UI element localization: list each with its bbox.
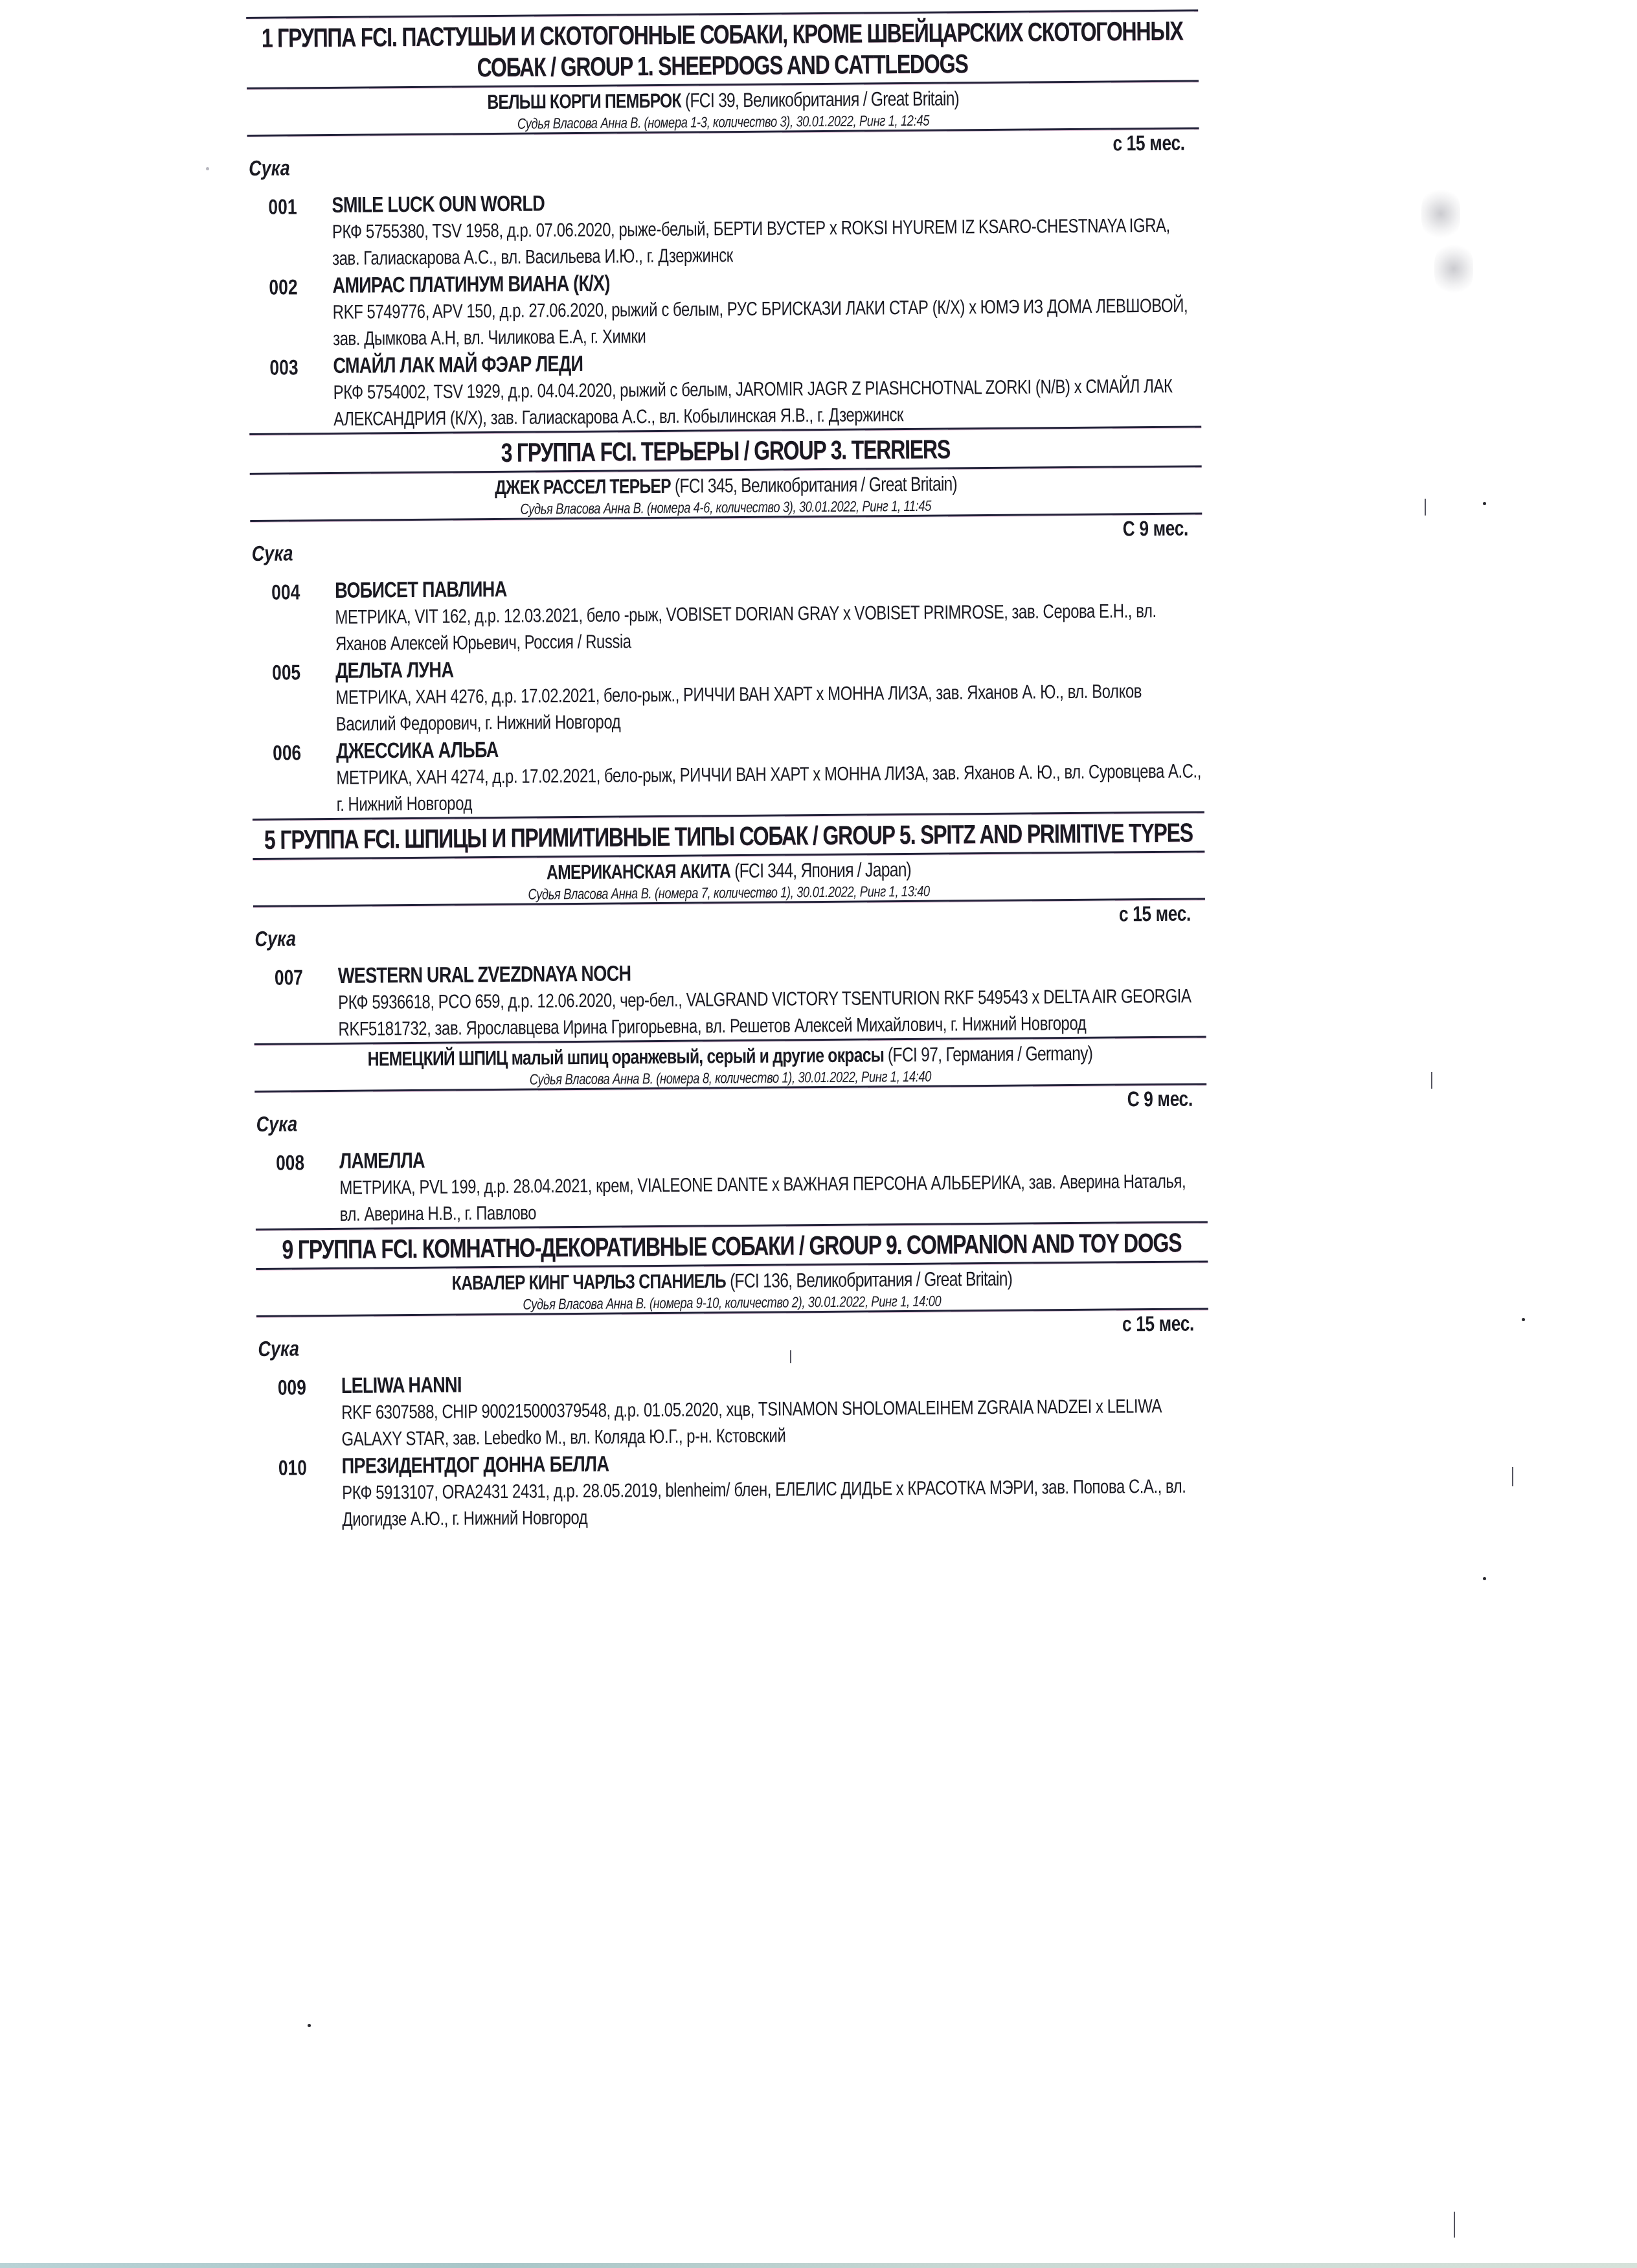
judge-info: Судья Власова Анна В. (номера 4-6, колич…: [521, 497, 932, 518]
judge-info: Судья Власова Анна В. (номера 8, количес…: [530, 1067, 932, 1089]
breed-header: ВЕЛЬШ КОРГИ ПЕМБРОК (FCI 39, Великобрита…: [247, 82, 1199, 135]
catalog-entry: 002 АМИРАС ПЛАТИНУМ ВИАНА (К/Х) RKF 5749…: [248, 265, 1201, 353]
breed-name: ДЖЕК РАССЕЛ ТЕРЬЕР: [495, 475, 671, 499]
catalog-entry: 007 WESTERN URAL ZVEZDNAYA NOCH РКФ 5936…: [254, 955, 1206, 1043]
scan-bottom-edge: [0, 2263, 1637, 2268]
entry-number: 007: [275, 964, 303, 991]
breed-block: КАВАЛЕР КИНГ ЧАРЛЬЗ СПАНИЕЛЬ (FCI 136, В…: [256, 1262, 1210, 1534]
entry-number: 008: [276, 1149, 304, 1176]
entry-number: 004: [271, 578, 300, 606]
breed-origin: (FCI 97, Германия / Germany): [888, 1042, 1092, 1066]
catalog-entry: 008 ЛАМЕЛЛА МЕТРИКА, PVL 199, д.р. 28.04…: [255, 1140, 1208, 1229]
scan-line-mark: [1512, 1467, 1513, 1486]
breed-header: АМЕРИКАНСКАЯ АКИТА (FCI 344, Япония / Ja…: [253, 852, 1205, 905]
age-class-label: с 15 мес.: [1113, 131, 1185, 156]
breed-name: КАВАЛЕР КИНГ ЧАРЛЬЗ СПАНИЕЛЬ: [452, 1269, 726, 1294]
group-title-text: 1 ГРУППА FCI. ПАСТУШЬИ И СКОТОГОННЫЕ СОБ…: [247, 15, 1197, 85]
entry-number: 010: [278, 1454, 307, 1481]
breed-header: КАВАЛЕР КИНГ ЧАРЛЬЗ СПАНИЕЛЬ (FCI 136, В…: [256, 1262, 1208, 1315]
catalog-page: 1 ГРУППА FCI. ПАСТУШЬИ И СКОТОГОННЫЕ СОБ…: [246, 0, 1210, 1534]
dog-details: МЕТРИКА, ХАН 4276, д.р. 17.02.2021, бело…: [335, 677, 1201, 737]
dog-name: SMILE LUCK OUN WORLD: [332, 190, 545, 219]
breed-origin: (FCI 344, Япония / Japan): [734, 858, 911, 882]
group-title-text: 5 ГРУППА FCI. ШПИЦЫ И ПРИМИТИВНЫЕ ТИПЫ С…: [253, 817, 1204, 856]
judge-info: Судья Власова Анна В. (номера 9-10, коли…: [523, 1292, 942, 1313]
sex-class-label: Сука: [254, 926, 296, 951]
scan-speck: [1483, 502, 1486, 505]
catalog-entry: 001 SMILE LUCK OUN WORLD РКФ 5755380, TS…: [247, 185, 1200, 273]
scan-speck: [1483, 1577, 1486, 1580]
scan-speck: [206, 167, 209, 170]
entry-number: 003: [269, 354, 298, 381]
dog-details: РКФ 5755380, TSV 1958, д.р. 07.06.2020, …: [332, 212, 1198, 271]
entries-list: 007 WESTERN URAL ZVEZDNAYA NOCH РКФ 5936…: [253, 936, 1206, 1043]
dog-name: LELIWA HANNI: [341, 1371, 462, 1399]
age-class-label: С 9 мес.: [1127, 1087, 1192, 1112]
dog-details: РКФ 5936618, PCO 659, д.р. 12.06.2020, ч…: [338, 982, 1204, 1042]
scan-speck: [1522, 1318, 1525, 1321]
catalog-entry: 006 ДЖЕССИКА АЛЬБА МЕТРИКА, ХАН 4274, д.…: [252, 731, 1204, 819]
dog-name: СМАЙЛ ЛАК МАЙ ФЭАР ЛЕДИ: [333, 350, 583, 380]
breed-heading: АМЕРИКАНСКАЯ АКИТА (FCI 344, Япония / Ja…: [547, 857, 911, 885]
entries-list: 004 ВОБИСЕТ ПАВЛИНА МЕТРИКА, VIT 162, д.…: [251, 550, 1204, 819]
class-row: с 15 мес. Сука: [256, 1310, 1208, 1354]
sex-class-label: Сука: [249, 155, 290, 180]
group-section: 5 ГРУППА FCI. ШПИЦЫ И ПРИМИТИВНЫЕ ТИПЫ С…: [253, 811, 1208, 1229]
breed-block: НЕМЕЦКИЙ ШПИЦ малый шпиц оранжевый, серы…: [254, 1038, 1208, 1229]
class-row: С 9 мес. Сука: [254, 1085, 1206, 1129]
catalog-entry: 009 LELIWA HANNI RKF 6307588, CHIP 90021…: [257, 1365, 1210, 1453]
breed-heading: ДЖЕК РАССЕЛ ТЕРЬЕР (FCI 345, Великобрита…: [495, 471, 957, 500]
breed-heading: ВЕЛЬШ КОРГИ ПЕМБРОК (FCI 39, Великобрита…: [487, 86, 959, 115]
group-section: 9 ГРУППА FCI. КОМНАТНО-ДЕКОРАТИВНЫЕ СОБА…: [256, 1221, 1210, 1534]
class-row: С 9 мес. Сука: [250, 514, 1202, 558]
scan-smudge: [1421, 188, 1460, 240]
group-section: 3 ГРУППА FCI. ТЕРЬЕРЫ / GROUP 3. TERRIER…: [249, 425, 1204, 819]
dog-details: РКФ 5913107, ORA2431 2431, д.р. 28.05.20…: [342, 1473, 1208, 1532]
age-class-label: С 9 мес.: [1122, 516, 1188, 541]
dog-name: WESTERN URAL ZVEZDNAYA NOCH: [338, 960, 631, 990]
entry-number: 009: [278, 1374, 306, 1401]
scan-line-mark: [790, 1350, 791, 1363]
dog-details: МЕТРИКА, VIT 162, д.р. 12.03.2021, бело …: [335, 597, 1201, 657]
breed-origin: (FCI 39, Великобритания / Great Britain): [684, 87, 958, 111]
dog-name: АМИРАС ПЛАТИНУМ ВИАНА (К/Х): [332, 270, 609, 299]
catalog-entry: 004 ВОБИСЕТ ПАВЛИНА МЕТРИКА, VIT 162, д.…: [251, 570, 1203, 658]
entries-list: 001 SMILE LUCK OUN WORLD РКФ 5755380, TS…: [247, 165, 1201, 433]
breed-origin: (FCI 345, Великобритания / Great Britain…: [675, 472, 957, 497]
breed-heading: НЕМЕЦКИЙ ШПИЦ малый шпиц оранжевый, серы…: [368, 1041, 1093, 1072]
dog-details: РКФ 5754002, TSV 1929, д.р. 04.04.2020, …: [333, 372, 1199, 432]
dog-name: ДЕЛЬТА ЛУНА: [335, 657, 453, 685]
breed-block: ДЖЕК РАССЕЛ ТЕРЬЕР (FCI 345, Великобрита…: [250, 467, 1204, 819]
entries-list: 009 LELIWA HANNI RKF 6307588, CHIP 90021…: [256, 1346, 1210, 1534]
group-title-text: 3 ГРУППА FCI. ТЕРЬЕРЫ / GROUP 3. TERRIER…: [251, 431, 1201, 470]
breed-header: ДЖЕК РАССЕЛ ТЕРЬЕР (FCI 345, Великобрита…: [250, 467, 1202, 520]
age-class-label: с 15 мес.: [1122, 1311, 1194, 1337]
catalog-entry: 010 ПРЕЗИДЕНТДОГ ДОННА БЕЛЛА РКФ 5913107…: [258, 1446, 1210, 1534]
scan-line-mark: [1431, 1072, 1432, 1089]
group-title: 1 ГРУППА FCI. ПАСТУШЬИ И СКОТОГОННЫЕ СОБ…: [246, 11, 1199, 87]
sex-class-label: Сука: [252, 541, 293, 565]
dog-name: ПРЕЗИДЕНТДОГ ДОННА БЕЛЛА: [342, 1451, 609, 1480]
catalog-entry: 003 СМАЙЛ ЛАК МАЙ ФЭАР ЛЕДИ РКФ 5754002,…: [249, 345, 1201, 433]
breed-origin: (FCI 136, Великобритания / Great Britain…: [730, 1267, 1012, 1292]
dog-details: МЕТРИКА, ХАН 4274, д.р. 17.02.2021, бело…: [336, 758, 1202, 817]
judge-info: Судья Власова Анна В. (номера 1-3, колич…: [517, 111, 929, 133]
group-title-text: 9 ГРУППА FCI. КОМНАТНО-ДЕКОРАТИВНЫЕ СОБА…: [256, 1227, 1207, 1265]
dog-details: RKF 6307588, CHIP 900215000379548, д.р. …: [341, 1392, 1207, 1452]
dog-name: ЛАМЕЛЛА: [339, 1147, 425, 1175]
dog-details: МЕТРИКА, PVL 199, д.р. 28.04.2021, крем,…: [339, 1168, 1205, 1227]
dog-name: ДЖЕССИКА АЛЬБА: [336, 736, 499, 765]
breed-name: ВЕЛЬШ КОРГИ ПЕМБРОК: [487, 89, 681, 113]
dog-name: ВОБИСЕТ ПАВЛИНА: [335, 576, 507, 604]
breed-name: АМЕРИКАНСКАЯ АКИТА: [547, 859, 730, 883]
judge-info: Судья Власова Анна В. (номера 7, количес…: [528, 882, 931, 903]
class-row: с 15 мес. Сука: [253, 900, 1205, 944]
breed-header: НЕМЕЦКИЙ ШПИЦ малый шпиц оранжевый, серы…: [254, 1038, 1207, 1091]
entry-number: 001: [268, 193, 297, 220]
entry-number: 005: [272, 659, 300, 686]
breed-block: АМЕРИКАНСКАЯ АКИТА (FCI 344, Япония / Ja…: [253, 852, 1206, 1043]
age-class-label: с 15 мес.: [1119, 902, 1191, 927]
scan-speck: [308, 2024, 311, 2027]
breed-name: НЕМЕЦКИЙ ШПИЦ малый шпиц оранжевый, серы…: [368, 1043, 884, 1070]
entries-list: 008 ЛАМЕЛЛА МЕТРИКА, PVL 199, д.р. 28.04…: [255, 1121, 1208, 1229]
group-section: 1 ГРУППА FCI. ПАСТУШЬИ И СКОТОГОННЫЕ СОБ…: [246, 9, 1201, 433]
entry-number: 006: [273, 739, 301, 766]
sex-class-label: Сука: [258, 1336, 299, 1361]
class-row: с 15 мес. Сука: [247, 129, 1199, 173]
catalog-entry: 005 ДЕЛЬТА ЛУНА МЕТРИКА, ХАН 4276, д.р. …: [251, 650, 1204, 738]
breed-block: ВЕЛЬШ КОРГИ ПЕМБРОК (FCI 39, Великобрита…: [247, 82, 1201, 433]
entry-number: 002: [269, 273, 297, 301]
scan-smudge: [1434, 243, 1473, 295]
scan-line-mark: [1454, 2212, 1455, 2238]
sex-class-label: Сука: [256, 1111, 297, 1136]
dog-details: RKF 5749776, APV 150, д.р. 27.06.2020, р…: [333, 292, 1199, 352]
scan-line-mark: [1425, 499, 1426, 516]
